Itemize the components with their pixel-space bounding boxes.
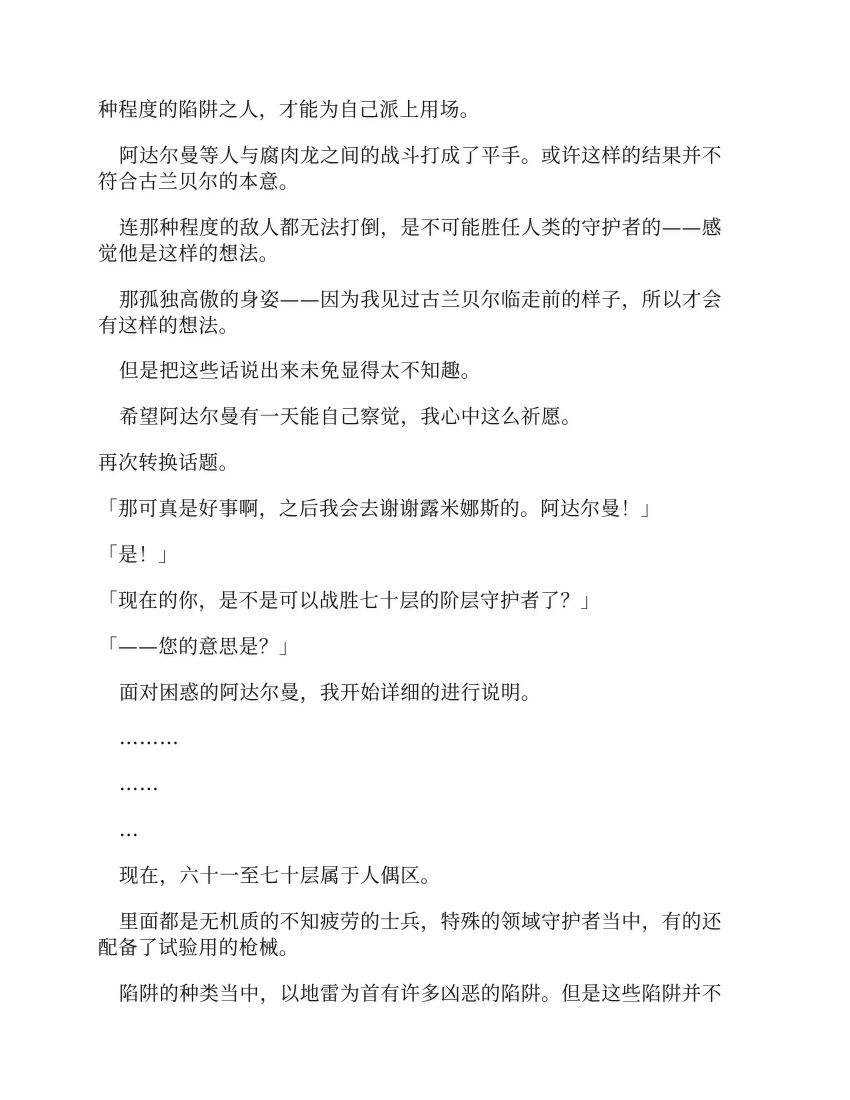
- paragraph-line: 配备了试验用的枪械。: [98, 935, 299, 961]
- dialogue-line: 「是！」: [98, 542, 178, 568]
- paragraph-line: 觉他是这样的想法。: [98, 241, 279, 267]
- paragraph-line: 希望阿达尔曼有一天能自己察觉，我心中这么祈愿。: [119, 404, 581, 430]
- dialogue-line: 「现在的你，是不是可以战胜七十层的阶层守护者了？」: [98, 588, 601, 614]
- ellipsis-line: ……: [119, 771, 159, 797]
- paragraph-line: 再次转换话题。: [98, 450, 239, 476]
- dialogue-line: 「那可真是好事啊，之后我会去谢谢露米娜斯的。阿达尔曼！」: [98, 496, 661, 522]
- ellipsis-line: ………: [119, 725, 179, 751]
- text-line-1: 种程度的陷阱之人，才能为自己派上用场。: [98, 97, 480, 123]
- paragraph-line: 阿达尔曼等人与腐肉龙之间的战斗打成了平手。或许这样的结果并不: [119, 143, 722, 169]
- paragraph-line: 面对困惑的阿达尔曼，我开始详细的进行说明。: [119, 680, 541, 706]
- paragraph-line: 现在，六十一至七十层属于人偶区。: [119, 863, 441, 889]
- ellipsis-line: …: [119, 817, 139, 843]
- paragraph-line: 连那种程度的敌人都无法打倒，是不可能胜任人类的守护者的——感: [119, 215, 722, 241]
- paragraph-line: 有这样的想法。: [98, 313, 239, 339]
- paragraph-line: 但是把这些话说出来未免显得太不知趣。: [119, 358, 481, 384]
- dialogue-line: 「——您的意思是？」: [98, 634, 299, 660]
- paragraph-line: 里面都是无机质的不知疲劳的士兵，特殊的领域守护者当中，有的还: [119, 909, 722, 935]
- paragraph-line: 那孤独高傲的身姿——因为我见过古兰贝尔临走前的样子，所以才会: [119, 287, 722, 313]
- paragraph-line: 陷阱的种类当中，以地雷为首有许多凶恶的陷阱。但是这些陷阱并不: [119, 981, 722, 1007]
- paragraph-line: 符合古兰贝尔的本意。: [98, 169, 299, 195]
